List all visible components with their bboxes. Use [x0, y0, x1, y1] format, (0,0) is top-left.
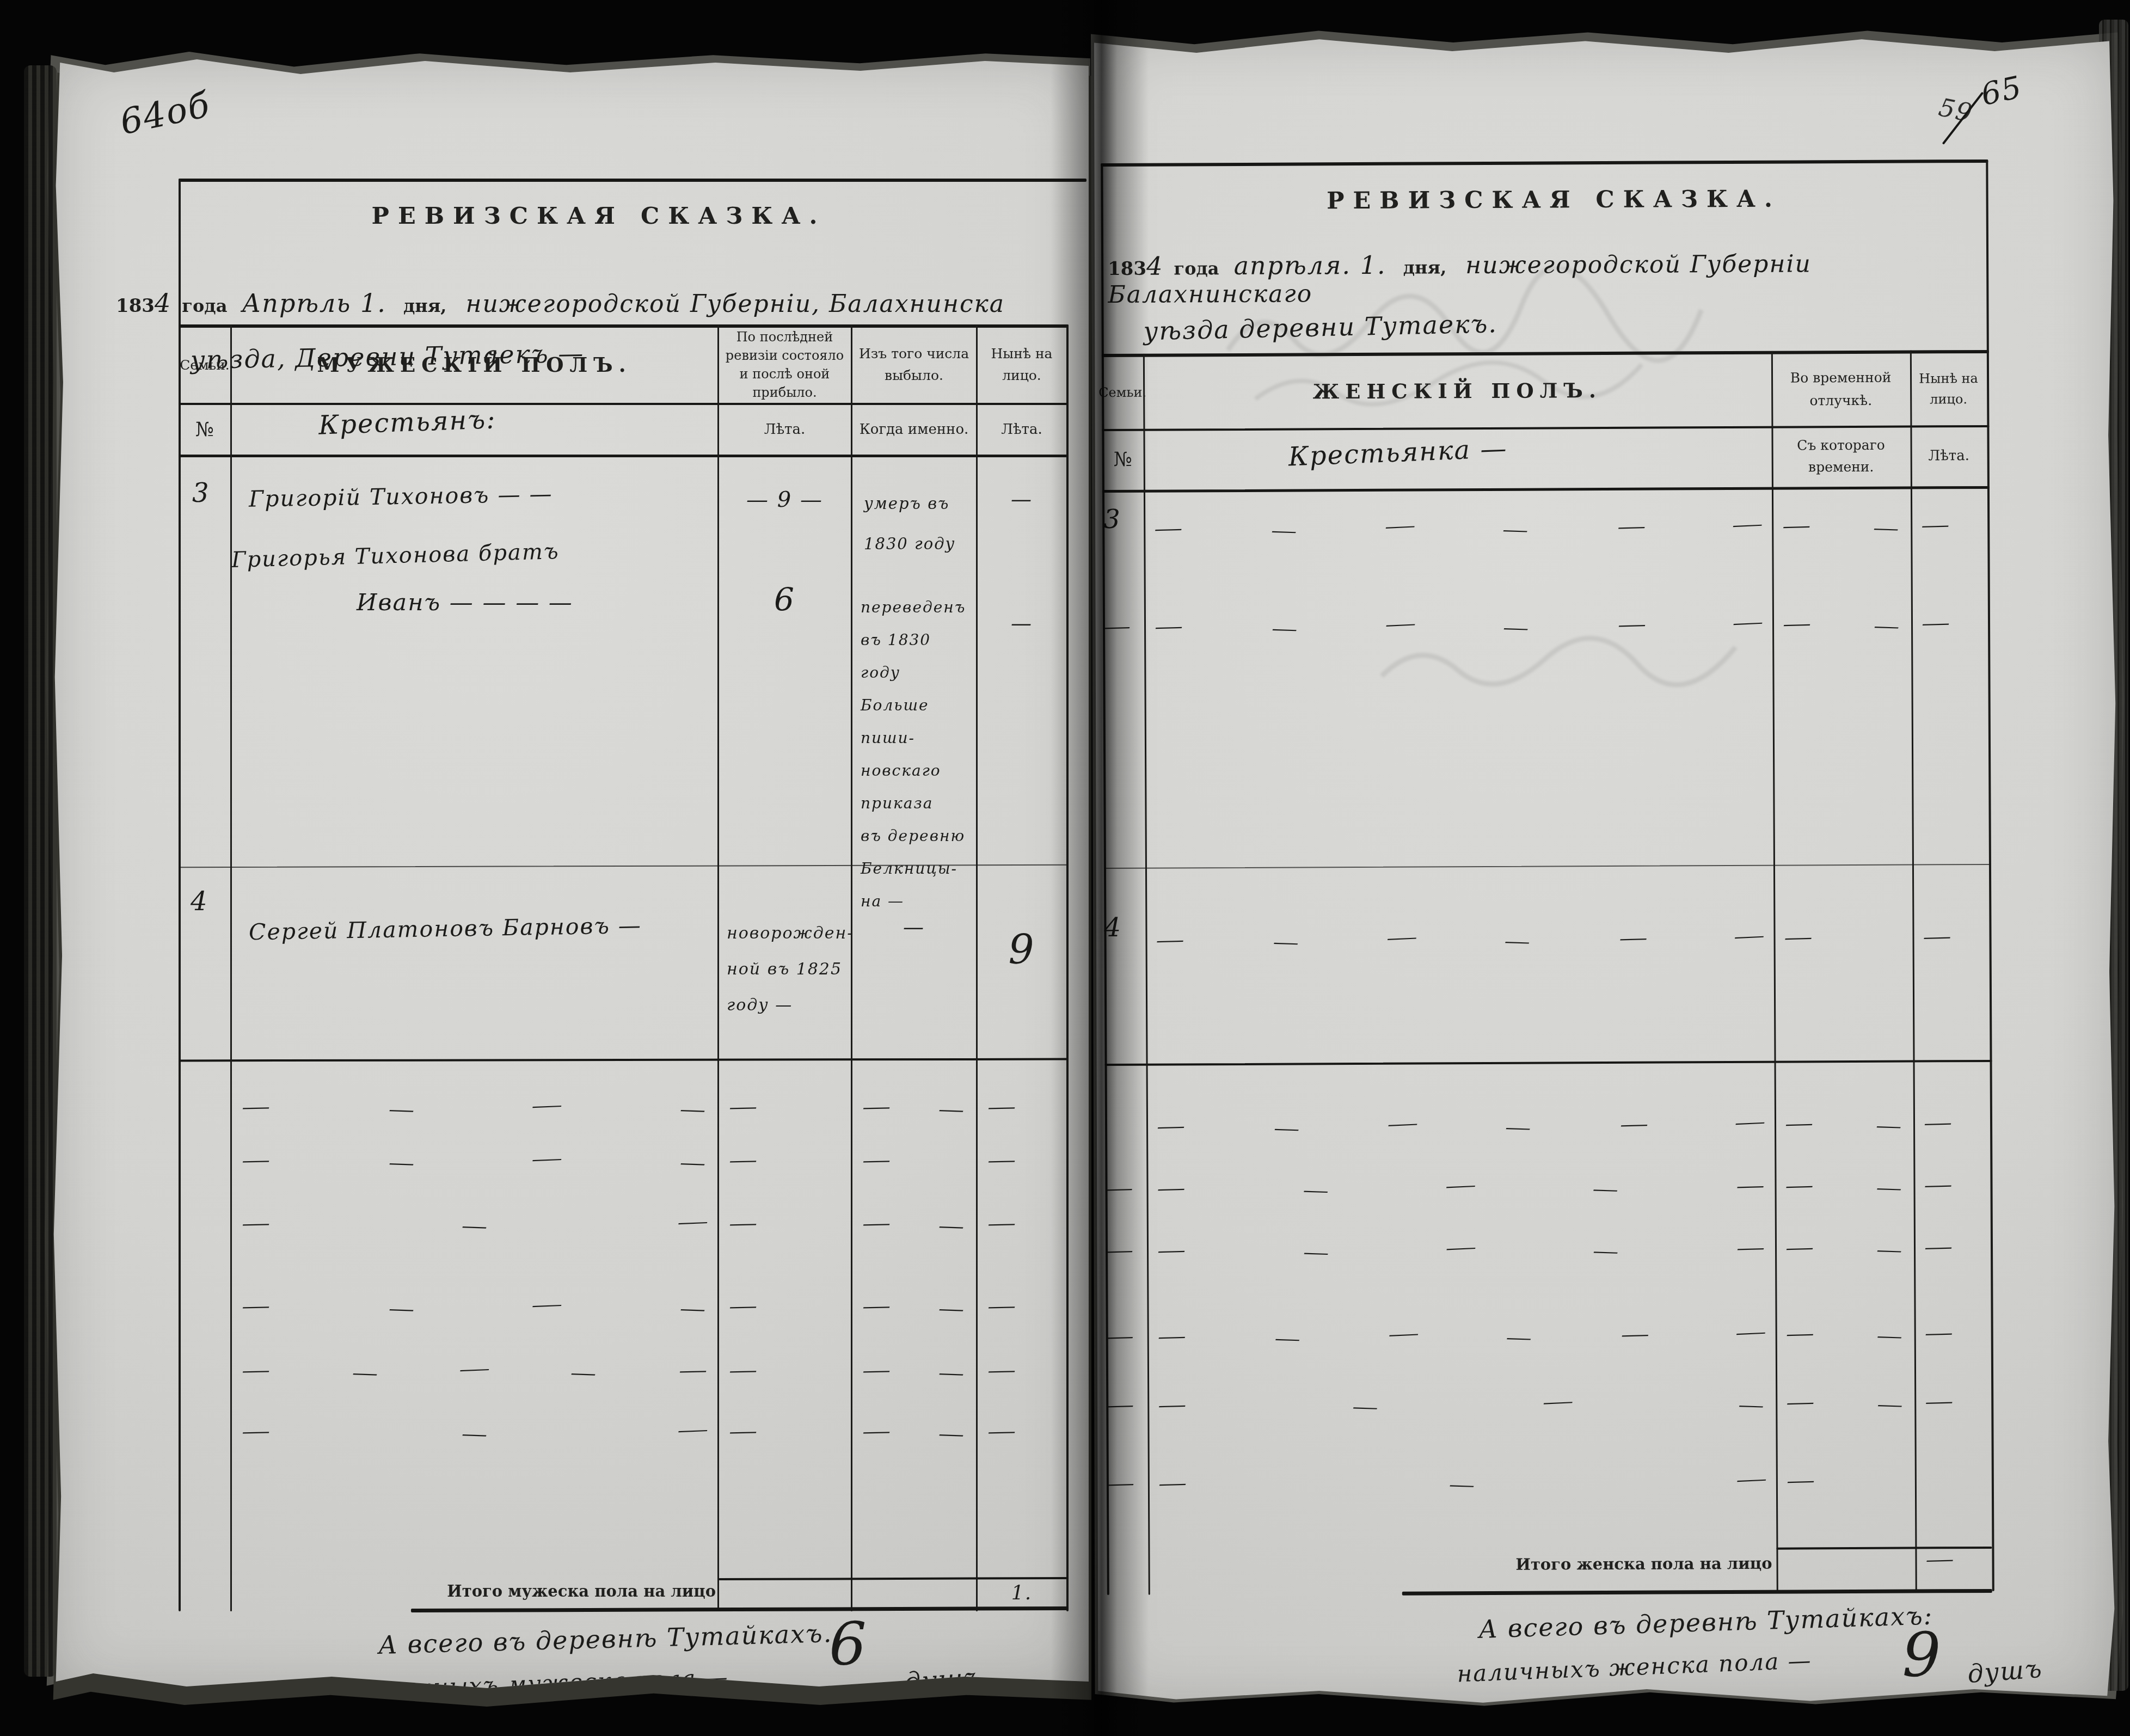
total-box-bottom-rule: [411, 1606, 1069, 1612]
dash-cell: —: [977, 1291, 1066, 1322]
dash-row: —————— —— —: [1092, 510, 2116, 544]
family3-number: 3: [192, 478, 210, 508]
dash-cell: ————: [231, 1145, 717, 1176]
date-printed-dnya: дня,: [403, 296, 447, 316]
family3-age1: — 9 —: [719, 483, 851, 516]
header-male-sex: МУЖЕСКІЙ ПОЛЪ.: [231, 328, 717, 402]
dash-cell: ——————: [1147, 1319, 1776, 1352]
dash-cell: ——: [1775, 1170, 1913, 1201]
date-hw-day: апрѣля. 1.: [1233, 250, 1386, 280]
dash-cell: ——: [1776, 1387, 1914, 1418]
dash-cell: —: [719, 1355, 851, 1386]
dash-row: ———— — —— —: [52, 1092, 1089, 1122]
family4-age: новорожден- ной въ 1825 году —: [727, 916, 846, 1023]
family3-divider: [1104, 864, 1991, 869]
family4-divider: [179, 1058, 1069, 1062]
header-out-sub: Когда именно.: [852, 405, 976, 454]
header-female-sex: ЖЕНСКІЙ ПОЛЪ.: [1143, 354, 1772, 428]
dash-cell: —: [1914, 1318, 1991, 1349]
dash-cell: —: [1102, 1390, 1147, 1421]
dash-cell: —: [1913, 1170, 1990, 1201]
dash-row: —————— —— —: [1095, 1107, 2119, 1142]
family3-name2: Григорья Тихонова братъ: [231, 539, 560, 573]
family4-present: 9: [977, 925, 1066, 974]
dash-cell: —: [1914, 1387, 1991, 1418]
page-right: 59 65 РЕВИЗСКАЯ СКАЗКА. 1834 года апрѣля…: [1094, 33, 2117, 1709]
page-left: 64об РЕВИЗСКАЯ СКАЗКА. 1834 года Апрѣль …: [52, 54, 1089, 1693]
dash-row: — ———— —— —: [1096, 1386, 2120, 1421]
table-right-rule: [1986, 160, 1994, 1591]
header-bottom-rule: [179, 455, 1069, 457]
date-hw-day: Апрѣль 1.: [242, 289, 386, 318]
dash-cell: —: [1098, 612, 1144, 642]
dash-cell: —: [719, 1291, 851, 1322]
header-present: Нынѣ на лицо.: [977, 328, 1066, 402]
dash-cell: ———: [231, 1416, 717, 1447]
dash-cell: [1915, 1465, 1992, 1496]
header-present: Нынѣ на лицо.: [1910, 353, 1987, 425]
dash-cell: —: [1102, 1322, 1147, 1352]
form-frame-top: [1101, 160, 1988, 167]
dash-row: ——— — —— —: [52, 1209, 1089, 1239]
summary-line1: А всего въ деревнѣ Тутайкахъ:: [1478, 1600, 1933, 1643]
family4-divider: [1105, 1060, 1992, 1066]
family3-age3: 6: [719, 580, 851, 618]
dash-row: ————— — —— —: [52, 1355, 1089, 1386]
header-away: Во временной отлучкѣ.: [1771, 354, 1911, 425]
dash-row: — ——— —: [1097, 1464, 2120, 1499]
dash-cell: —: [719, 1416, 851, 1447]
family4-number: 4: [191, 886, 208, 917]
dash-cell: ———: [231, 1209, 717, 1239]
header-now-sub: Лѣта.: [1910, 427, 1987, 484]
dash-cell: ——: [852, 1092, 976, 1122]
book-block-left-edge: [24, 65, 57, 1677]
dash-cell: —: [977, 1145, 1066, 1176]
header-now-sub: Лѣта.: [977, 405, 1066, 454]
dash-cell: —: [977, 1416, 1066, 1447]
header-departed: Изъ того числа выбыло.: [852, 328, 976, 402]
dash-cell: ————: [231, 1291, 717, 1322]
family4-note: —: [852, 913, 976, 941]
family3-note1: умеръ въ 1830 году: [864, 483, 975, 564]
dash-cell: —: [977, 1355, 1066, 1386]
total-label: Итого женска пола на лицо: [1451, 1554, 1772, 1574]
dash-cell: ——: [1775, 1108, 1913, 1139]
family3-name1: Григорій Тихоновъ — —: [249, 481, 553, 512]
date-printed-goda: года: [182, 296, 227, 316]
dash-row: — ————— —— —: [1095, 1169, 2119, 1204]
date-hw-year: 4: [1146, 251, 1164, 281]
dash-row: ———— — — —: [52, 1145, 1089, 1176]
header-bottom-rule: [1102, 486, 1990, 493]
header-class-hw: Крестьянъ:: [318, 404, 496, 440]
dash-cell: ——————: [1144, 511, 1772, 544]
dash-cell: ——: [852, 1355, 976, 1386]
dash-cell: ————: [231, 1092, 717, 1122]
summary-line1: А всего въ деревнѣ Тутайкахъ.: [378, 1618, 832, 1660]
date-printed-year: 183: [1108, 258, 1146, 280]
dash-cell: ——: [1772, 609, 1911, 640]
dash-row: — —————— —— —: [1096, 1317, 2120, 1352]
summary-unit: душъ: [1967, 1654, 2044, 1689]
dash-cell: ——: [1772, 511, 1911, 542]
dash-cell: ——: [852, 1416, 976, 1447]
total-label: Итого мужеска пола на лицо: [389, 1582, 716, 1600]
summary-count: 9: [1902, 1620, 1942, 1690]
folio-number-right: 65: [1978, 70, 2025, 113]
dash-cell: ——————: [1145, 923, 1773, 956]
family3-note3: переведенъ въ 1830 году Больше пиши- нов…: [861, 591, 975, 918]
dash-cell: —: [719, 1209, 851, 1239]
header-away-sub: Съ котораго времени.: [1771, 428, 1910, 485]
dash-cell: ——: [852, 1291, 976, 1322]
dash-cell: —: [1911, 510, 1987, 541]
header-rev-sub: Лѣта.: [719, 405, 851, 454]
date-printed-goda: года: [1174, 258, 1219, 279]
dash-cell: ——————: [1144, 609, 1772, 642]
dash-cell: —: [1911, 608, 1988, 639]
page-title: РЕВИЗСКАЯ СКАЗКА.: [1255, 185, 1853, 215]
dash-row: — ————— —— —: [1096, 1231, 2119, 1266]
summary-line2: наличныхъ женска пола —: [1457, 1647, 1813, 1688]
dash-cell: —: [977, 1092, 1066, 1122]
dash-cell: —: [1773, 922, 1912, 953]
dash-cell: ——————: [1146, 1109, 1775, 1142]
dash-cell: ————: [1147, 1388, 1776, 1421]
header-family: Семьи.: [1102, 357, 1144, 428]
dash-cell: —: [977, 1209, 1066, 1239]
family4-name: Сергей Платоновъ Барновъ —: [249, 912, 642, 946]
summary-count: 6: [829, 1610, 868, 1678]
header-num-sign: №: [179, 405, 231, 454]
dash-cell: —: [1776, 1465, 1915, 1496]
dash-cell: —: [1913, 1108, 1990, 1139]
family3-name3: Иванъ — — — —: [357, 589, 573, 616]
book-scan: 64об РЕВИЗСКАЯ СКАЗКА. 1834 года Апрѣль …: [0, 0, 2130, 1736]
total-box-bottom-rule: [1402, 1589, 1992, 1596]
header-last-revision: По послѣдней ревизіи состояло и послѣ он…: [719, 327, 851, 403]
date-hw-province: нижегородской Губерніи, Балахнинска: [466, 290, 1005, 318]
family3-present3: —: [977, 610, 1066, 637]
dash-cell: ———: [1148, 1466, 1776, 1499]
dash-row: — —————— —— —: [1093, 608, 2116, 642]
form-frame-top: [179, 179, 1087, 182]
dash-cell: —————: [1147, 1233, 1775, 1266]
dash-cell: ——: [1775, 1232, 1914, 1263]
dash-cell: —: [1101, 1236, 1147, 1266]
dash-cell: —: [852, 1145, 976, 1176]
dash-cell: ——: [1776, 1318, 1914, 1349]
header-num-sign: №: [1102, 431, 1143, 488]
dash-cell: —————: [231, 1355, 717, 1386]
header-class-hw: Крестьянка —: [1288, 433, 1508, 473]
family3-present1: —: [977, 486, 1066, 513]
header-family: Семьи.: [179, 328, 231, 402]
date-line: 1834 года апрѣля. 1. дня, нижегородской …: [1108, 248, 1979, 309]
dash-cell: —: [1101, 1174, 1146, 1204]
dash-cell: [1101, 1112, 1146, 1142]
folio-number-left: 64об: [116, 84, 214, 143]
dash-cell: —: [1912, 922, 1989, 953]
date-line: 1834 года Апрѣль 1. дня, нижегородской Г…: [116, 289, 1079, 318]
total-value: 1.: [977, 1579, 1066, 1607]
page-title: РЕВИЗСКАЯ СКАЗКА.: [237, 203, 961, 230]
date-printed-dnya: дня,: [1403, 257, 1447, 278]
dash-row: ———— — —— —: [52, 1291, 1089, 1322]
total-value: —: [1915, 1544, 1992, 1575]
dash-cell: ——: [852, 1209, 976, 1239]
dash-row: —————— — —: [1094, 921, 2117, 956]
dash-cell: —: [719, 1145, 851, 1176]
dash-cell: —————: [1146, 1171, 1775, 1204]
dash-cell: —: [719, 1092, 851, 1122]
date-printed-year: 183: [116, 295, 155, 317]
dash-cell: —: [1102, 1469, 1148, 1499]
date-hw-year: 4: [155, 289, 171, 318]
dash-cell: —: [1914, 1232, 1991, 1263]
dash-row: ——— — —— —: [52, 1416, 1089, 1447]
